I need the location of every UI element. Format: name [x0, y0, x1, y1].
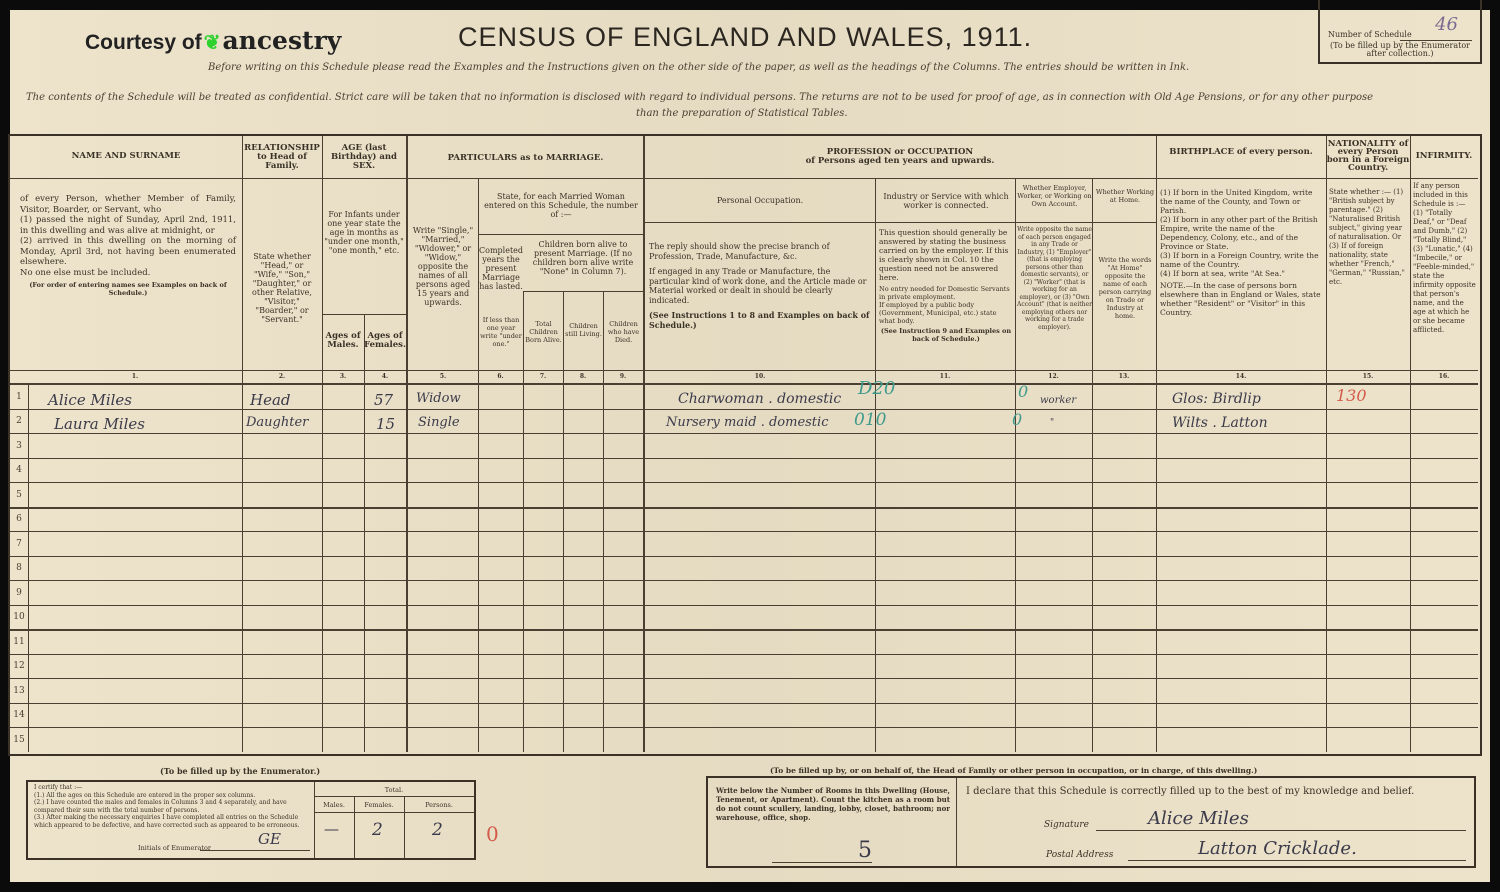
- row-number: 13: [10, 686, 28, 696]
- col-num-9: 9.: [603, 373, 643, 380]
- col-birthplace-title: BIRTHPLACE of every person.: [1156, 148, 1326, 157]
- courtesy-prefix: Courtesy of: [85, 31, 202, 54]
- household-declaration-box: Write below the Number of Rooms in this …: [706, 776, 1476, 868]
- col-num-13: 13.: [1092, 373, 1156, 380]
- col-infirmity-desc: If any person included in this Schedule …: [1413, 182, 1476, 335]
- row-number: 10: [10, 612, 28, 622]
- postal-address-value: Latton Cricklade.: [1198, 838, 1357, 859]
- person-employer-status: ": [1050, 418, 1054, 428]
- col-num-2: 2.: [242, 373, 322, 380]
- total-label: Total.: [314, 786, 474, 794]
- occupation-code: 010: [854, 410, 886, 430]
- col-children-header: Children born alive to present Marriage.…: [525, 240, 641, 276]
- row-number: 2: [10, 416, 28, 426]
- col-name-title: NAME AND SURNAME: [10, 152, 242, 161]
- col-num-11: 11.: [875, 373, 1015, 380]
- row-number: 14: [10, 710, 28, 720]
- col-nationality-desc: State whether :— (1) "British subject by…: [1329, 188, 1407, 287]
- col-marriage-title: PARTICULARS as to MARRIAGE.: [408, 154, 643, 163]
- col-num-10: 10.: [645, 373, 875, 380]
- row-number: 8: [10, 563, 28, 573]
- rooms-value: 5: [858, 838, 872, 863]
- signature-value: Alice Miles: [1148, 808, 1249, 829]
- col-relationship-desc: State whether "Head," or "Wife," "Son," …: [246, 252, 318, 324]
- nationality-code: 130: [1336, 386, 1367, 405]
- employer-code: 0: [1018, 382, 1028, 401]
- row-number: 3: [10, 441, 28, 451]
- row-number: 6: [10, 514, 28, 524]
- red-check-mark: 0: [486, 822, 499, 846]
- page-title: CENSUS OF ENGLAND AND WALES, 1911.: [458, 22, 1032, 53]
- row-number: 7: [10, 539, 28, 549]
- col-still-living: Children still Living.: [564, 322, 603, 338]
- col-under-one: If less than one year write "under one.": [479, 316, 523, 348]
- col-personal-occupation: Personal Occupation.: [645, 196, 875, 205]
- col-home-desc: Write the words "At Home" opposite the n…: [1096, 256, 1154, 320]
- person-occupation: Charwoman . domestic: [678, 391, 841, 407]
- col-num-3: 3.: [322, 373, 364, 380]
- person-age-female: 15: [376, 415, 395, 433]
- ancestry-brand: ancestry: [222, 26, 341, 55]
- col-industry-desc: This question should generally be answer…: [879, 228, 1013, 343]
- ancestry-leaf-icon: ❦: [204, 32, 221, 54]
- signature-label: Signature: [1044, 820, 1089, 830]
- col-birthplace-desc: (1) If born in the United Kingdom, write…: [1160, 188, 1322, 317]
- col-infirmity-title: INFIRMITY.: [1410, 152, 1478, 161]
- col-age-females: Ages of Females.: [364, 332, 406, 350]
- rooms-instruction: Write below the Number of Rooms in this …: [716, 786, 950, 822]
- col-num-15: 15.: [1326, 373, 1410, 380]
- col-nationality-title: NATIONALITY of every Person born in a Fo…: [1326, 140, 1410, 172]
- total-males: —: [324, 820, 339, 838]
- row-number: 12: [10, 661, 28, 671]
- row-number: 15: [10, 735, 28, 745]
- postal-address-label: Postal Address: [1046, 850, 1113, 860]
- col-num-1: 1.: [28, 373, 242, 380]
- col-total-born: Total Children Born Alive.: [524, 320, 563, 344]
- person-name: Alice Miles: [48, 391, 132, 409]
- col-num-4: 4.: [364, 373, 406, 380]
- declaration-text: I declare that this Schedule is correctl…: [966, 786, 1414, 797]
- confidential-line: The contents of the Schedule will be tre…: [26, 92, 1373, 103]
- col-relationship-title: RELATIONSHIP to Head of Family.: [242, 144, 322, 171]
- col-marital-desc: Write "Single," "Married," "Widower," or…: [410, 226, 476, 307]
- schedule-number-label: Number of Schedule: [1328, 30, 1412, 39]
- col-married-woman: State, for each Married Woman entered on…: [482, 192, 640, 219]
- schedule-number-note: (To be filled up by the Enumerator after…: [1326, 42, 1474, 58]
- col-age-males: Ages of Males.: [322, 332, 364, 350]
- enumerator-certification: I certify that :— (1.) All the ages on t…: [34, 784, 312, 829]
- col-name-desc: of every Person, whether Member of Famil…: [20, 194, 236, 297]
- instruction-line: Before writing on this Schedule please r…: [208, 62, 1189, 73]
- col-industry: Industry or Service with which worker is…: [877, 192, 1015, 210]
- row-number: 11: [10, 637, 28, 647]
- person-age-female: 57: [374, 391, 393, 409]
- person-birthplace: Glos: Birdlip: [1172, 391, 1261, 407]
- col-num-8: 8.: [563, 373, 603, 380]
- females-label: Females.: [354, 801, 404, 809]
- total-females: 2: [372, 820, 383, 840]
- total-persons: 2: [432, 820, 443, 840]
- col-num-5: 5.: [408, 373, 478, 380]
- col-completed-years: Completed years the present Marriage has…: [479, 246, 523, 291]
- employer-code: 0: [1012, 410, 1022, 429]
- col-num-12: 12.: [1015, 373, 1092, 380]
- row-number: 5: [10, 490, 28, 500]
- schedule-number-box: Number of Schedule 46 (To be filled up b…: [1318, 0, 1482, 64]
- row-number: 9: [10, 588, 28, 598]
- col-personal-desc: The reply should show the precise branch…: [649, 242, 871, 330]
- col-employer: Whether Employer, Worker, or Working on …: [1017, 184, 1092, 208]
- row-number: 4: [10, 465, 28, 475]
- col-home: Whether Working at Home.: [1094, 188, 1156, 204]
- person-relationship: Head: [250, 391, 291, 409]
- person-marital-status: Single: [418, 415, 460, 430]
- person-name: Laura Miles: [54, 415, 145, 433]
- confidential-line-2: than the preparation of Statistical Tabl…: [636, 108, 848, 119]
- males-label: Males.: [314, 801, 354, 809]
- occupation-code: D20: [858, 378, 895, 399]
- col-age-desc: For Infants under one year state the age…: [324, 210, 404, 255]
- person-occupation: Nursery maid . domestic: [666, 415, 828, 430]
- ancestry-courtesy: Courtesy of❦ancestry: [85, 26, 341, 55]
- person-marital-status: Widow: [416, 391, 461, 406]
- col-employer-desc: Write opposite the name of each person e…: [1017, 226, 1092, 331]
- col-num-6: 6.: [478, 373, 523, 380]
- person-birthplace: Wilts . Latton: [1172, 415, 1268, 431]
- row-number: 1: [10, 392, 28, 402]
- enumerator-box: I certify that :— (1.) All the ages on t…: [26, 780, 476, 860]
- col-occupation-title: PROFESSION or OCCUPATION of Persons aged…: [645, 148, 1155, 166]
- col-died: Children who have Died.: [604, 320, 643, 344]
- col-age-title: AGE (last Birthday) and SEX.: [322, 144, 406, 171]
- col-num-14: 14.: [1156, 373, 1326, 380]
- enumerator-caption: (To be filled up by the Enumerator.): [160, 766, 320, 776]
- census-table: NAME AND SURNAME of every Person, whethe…: [8, 134, 1482, 756]
- head-caption: (To be filled up by, or on behalf of, th…: [770, 766, 1257, 775]
- person-relationship: Daughter: [246, 415, 308, 430]
- initials-value: GE: [258, 830, 281, 848]
- person-employer-status: worker: [1040, 395, 1076, 406]
- col-num-7: 7.: [523, 373, 563, 380]
- col-num-16: 16.: [1410, 373, 1478, 380]
- persons-label: Persons.: [404, 801, 474, 809]
- schedule-number-value: 46: [1435, 14, 1458, 35]
